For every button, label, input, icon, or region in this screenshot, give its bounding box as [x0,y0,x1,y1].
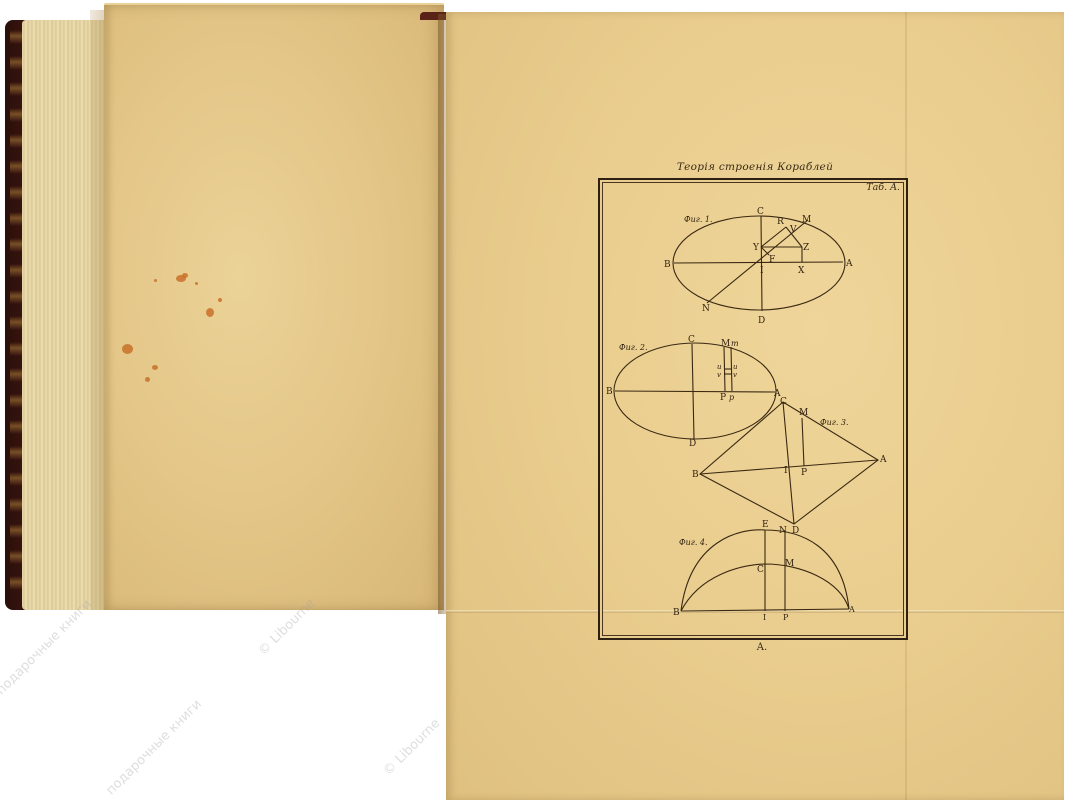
svg-text:M: M [799,408,808,418]
svg-text:Y: Y [752,243,760,253]
svg-text:D: D [689,439,696,449]
svg-text:B: B [664,260,671,270]
svg-text:u: u [733,363,738,371]
figure-1 [673,216,845,311]
svg-text:N: N [779,526,787,536]
figure-2 [614,343,776,439]
svg-text:D: D [758,316,765,326]
svg-text:Фиг. 4.: Фиг. 4. [679,538,708,547]
svg-text:M: M [785,559,794,569]
svg-text:B: B [673,608,680,618]
svg-text:A: A [845,259,853,269]
svg-text:C: C [688,335,695,345]
svg-text:D: D [792,526,799,536]
svg-text:A: A [879,455,887,465]
svg-text:B: B [606,387,613,397]
svg-text:I: I [784,466,788,476]
svg-text:m: m [731,339,739,348]
svg-text:I: I [763,613,766,622]
svg-text:Фиг. 2.: Фиг. 2. [619,343,648,352]
svg-text:E: E [762,520,769,530]
svg-text:p: p [729,393,734,402]
svg-text:B: B [692,470,699,480]
svg-text:A: A [848,605,855,614]
svg-text:v: v [717,371,721,379]
svg-text:R: R [777,217,784,227]
svg-text:V: V [789,225,797,235]
svg-text:I: I [760,266,764,276]
svg-text:M: M [802,215,811,225]
svg-text:Z: Z [803,243,809,253]
svg-text:F: F [769,255,775,265]
svg-text:Фиг. 3.: Фиг. 3. [820,418,849,427]
svg-text:v: v [733,371,737,379]
svg-text:Фиг. 1.: Фиг. 1. [684,215,713,224]
svg-text:u: u [717,363,722,371]
svg-text:P: P [783,613,789,622]
svg-text:C: C [757,207,764,217]
svg-text:N: N [702,304,710,314]
svg-text:X: X [798,266,805,276]
svg-text:C: C [780,397,787,407]
svg-text:M: M [721,339,730,349]
svg-text:C: C [757,565,764,575]
svg-text:P: P [720,393,726,403]
geometry-figures: Фиг. 1. C R M V Y Z F B I X A N D Фиг. 2… [0,0,1067,800]
svg-text:P: P [801,468,807,478]
figure-3 [700,402,878,524]
